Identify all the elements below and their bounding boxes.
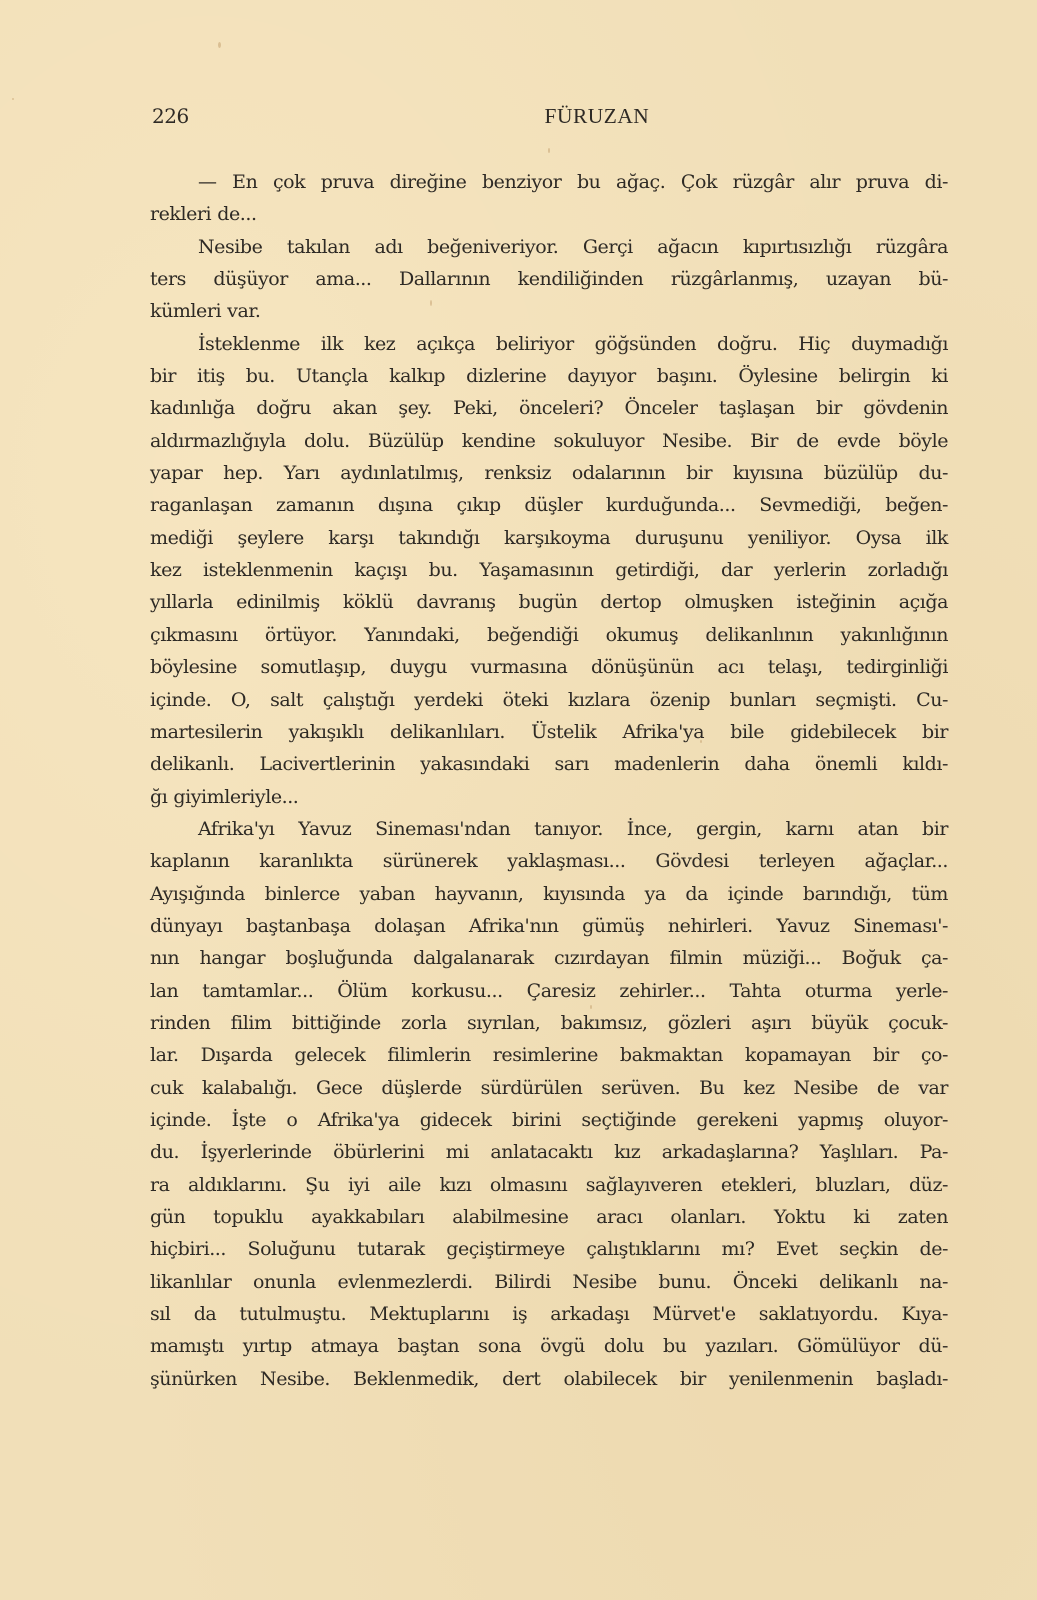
text-line: lan tamtamlar... Ölüm korkusu... Çaresiz… [150,975,948,1007]
text-line: Ayışığında binlerce yaban hayvanın, kıyı… [150,878,948,910]
paper-speck [548,148,550,153]
paper-speck [12,98,14,100]
text-line: çıkmasını örtüyor. Yanındaki, beğendiği … [150,619,948,651]
book-title: FÜRUZAN [144,104,956,129]
text-line: yapar hep. Yarı aydınlatılmış, renksiz o… [150,457,948,489]
text-line: kadınlığa doğru akan şey. Peki, önceleri… [150,392,948,424]
text-line: — En çok pruva direğine benziyor bu ağaç… [150,166,948,198]
text-line: bir itiş bu. Utançla kalkıp dizlerine da… [150,360,948,392]
text-line: mediği şeylere karşı takındığı karşıkoym… [150,522,948,554]
text-line: mamıştı yırtıp atmaya baştan sona övgü d… [150,1330,948,1362]
paper-speck [590,1005,592,1009]
text-line: nın hangar boşluğunda dalgalanarak cızır… [150,942,948,974]
text-line: ra aldıklarını. Şu iyi aile kızı olmasın… [150,1169,948,1201]
text-line: böylesine somutlaşıp, duygu vurmasına dö… [150,651,948,683]
text-line: gün topuklu ayakkabıları alabilmesine ar… [150,1201,948,1233]
text-line: kümleri var. [150,295,948,327]
text-line: sıl da tutulmuştu. Mektuplarını iş arkad… [150,1298,948,1330]
text-line: martesilerin yakışıklı delikanlıları. Üs… [150,716,948,748]
text-line: likanlılar onunla evlenmezlerdi. Bilirdi… [150,1266,948,1298]
text-line: delikanlı. Lacivertlerinin yakasındaki s… [150,748,948,780]
paper-speck [700,740,702,743]
text-line: içinde. İşte o Afrika'ya gidecek birini … [150,1104,948,1136]
text-line: du. İşyerlerinde öbürlerini mi anlatacak… [150,1136,948,1168]
text-line: aldırmazlığıyla dolu. Büzülüp kendine so… [150,425,948,457]
running-head: 226 FÜRUZAN [152,104,948,134]
text-line: içinde. O, salt çalıştığı yerdeki öteki … [150,684,948,716]
text-line: kez isteklenmenin kaçışı bu. Yaşamasının… [150,554,948,586]
book-page: 226 FÜRUZAN — En çok pruva direğine benz… [0,0,1037,1600]
text-line: kaplanın karanlıkta sürünerek yaklaşması… [150,845,948,877]
text-line: ğı giyimleriyle... [150,781,948,813]
text-line: raganlaşan zamanın dışına çıkıp düşler k… [150,489,948,521]
text-line: İsteklenme ilk kez açıkça beliriyor göğs… [150,328,948,360]
text-line: rinden filim bittiğinde zorla sıyrılan, … [150,1007,948,1039]
paper-speck [430,300,432,306]
text-line: rekleri de... [150,198,948,230]
text-line: şünürken Nesibe. Beklenmedik, dert olabi… [150,1363,948,1395]
paper-speck [218,42,221,48]
text-line: yıllarla edinilmiş köklü davranış bugün … [150,586,948,618]
text-line: cuk kalabalığı. Gece düşlerde sürdürülen… [150,1072,948,1104]
text-line: hiçbiri... Soluğunu tutarak geçiştirmeye… [150,1233,948,1265]
body-text: — En çok pruva direğine benziyor bu ağaç… [150,166,948,1395]
text-line: Nesibe takılan adı beğeniveriyor. Gerçi … [150,231,948,263]
text-line: dünyayı baştanbaşa dolaşan Afrika'nın gü… [150,910,948,942]
text-line: Afrika'yı Yavuz Sineması'ndan tanıyor. İ… [150,813,948,845]
text-line: ters düşüyor ama... Dallarının kendiliği… [150,263,948,295]
text-line: lar. Dışarda gelecek filimlerin resimler… [150,1039,948,1071]
